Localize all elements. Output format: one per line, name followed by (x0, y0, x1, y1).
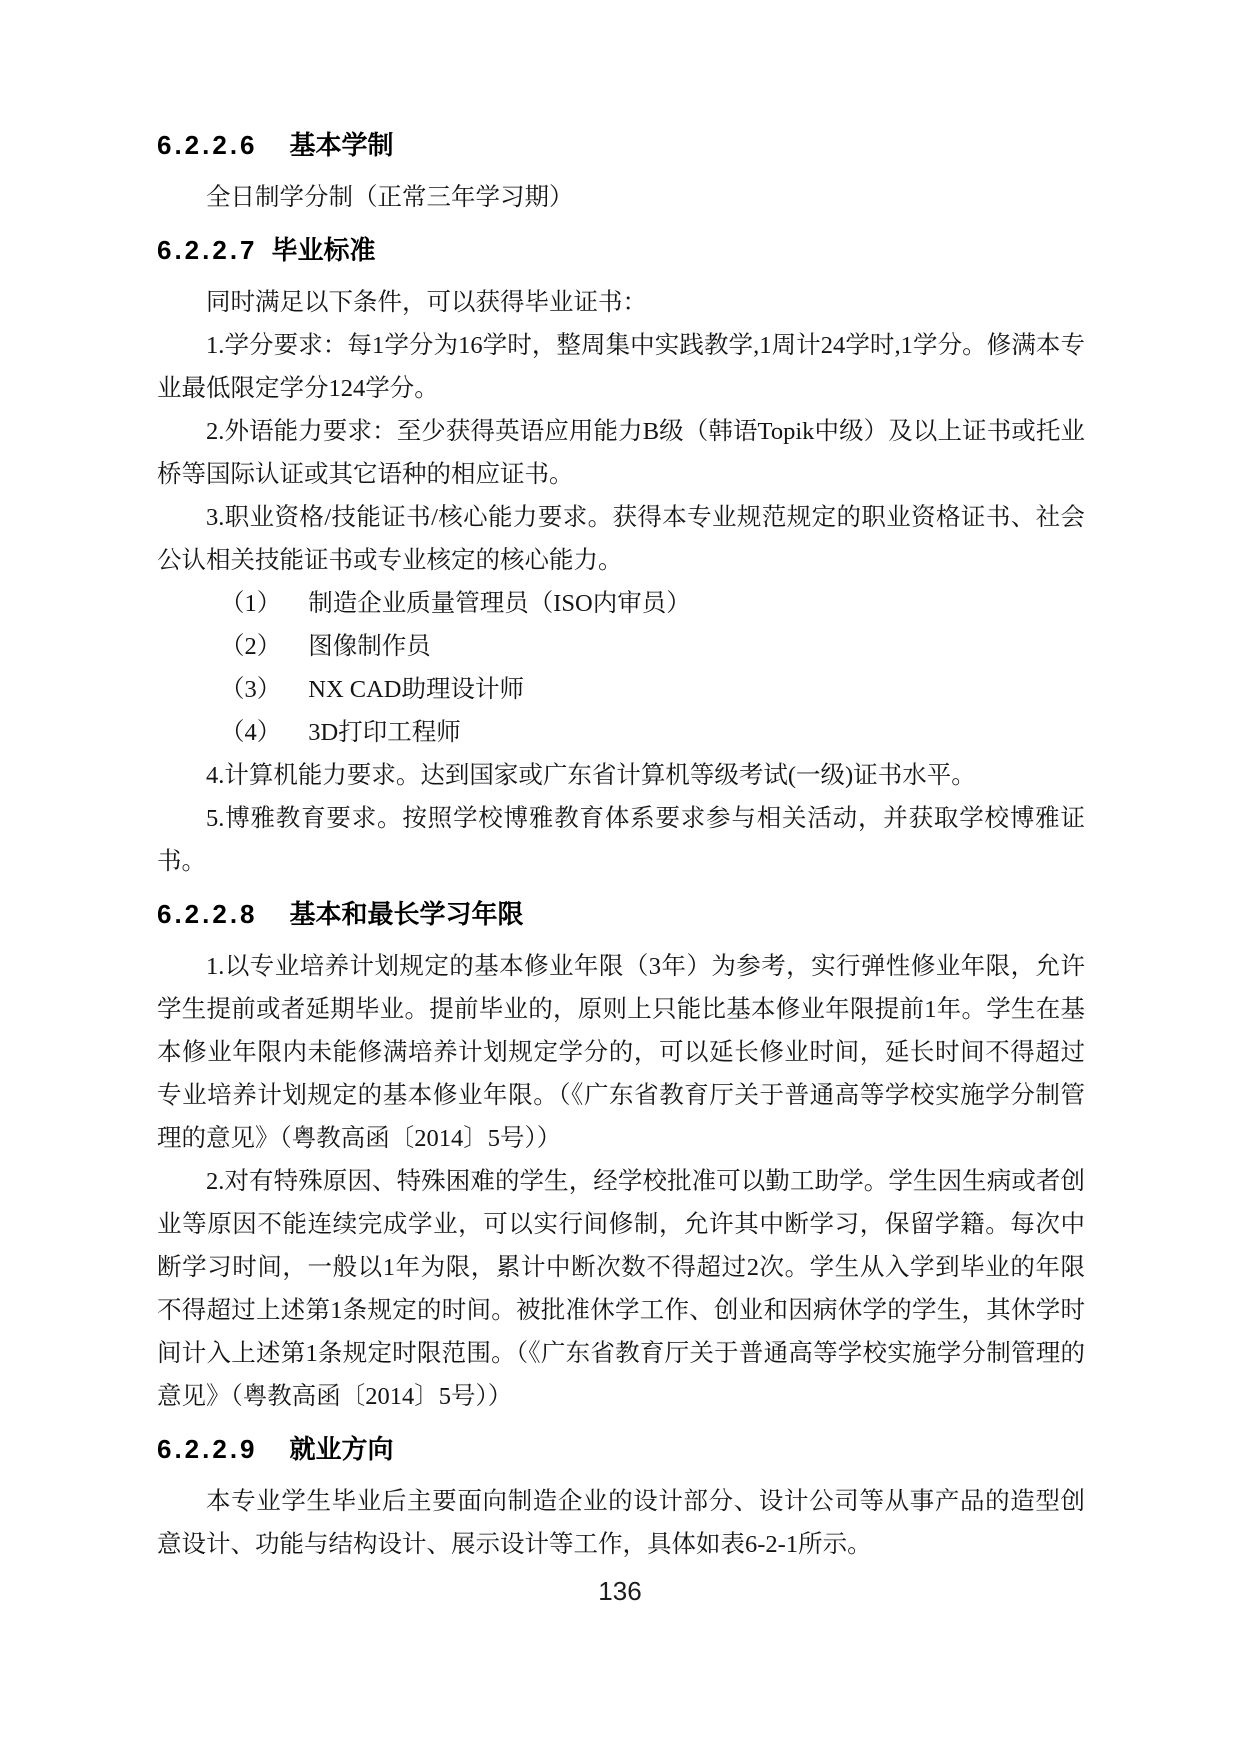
paragraph-requirement-foreign-language: 2.外语能力要求：至少获得英语应用能力B级（韩语Topik中级）及以上证书或托业… (157, 410, 1085, 496)
section-heading-basic-schooling: 6.2.2.6基本学制 (157, 128, 1085, 162)
paragraph-requirement-credits: 1.学分要求：每1学分为16学时，整周集中实践教学,1周计24学时,1学分。修满… (157, 324, 1085, 410)
paragraph-employment: 本专业学生毕业后主要面向制造企业的设计部分、设计公司等从事产品的造型创意设计、功… (157, 1480, 1085, 1566)
paragraph-study-years-item1: 1.以专业培养计划规定的基本修业年限（3年）为参考，实行弹性修业年限，允许学生提… (157, 945, 1085, 1160)
list-item-number: （1） (220, 590, 281, 617)
list-item-number: （3） (220, 676, 281, 703)
section-heading-employment: 6.2.2.9就业方向 (157, 1432, 1085, 1466)
paragraph-graduation-intro: 同时满足以下条件，可以获得毕业证书： (157, 281, 1085, 324)
list-item-text: 3D打印工程师 (308, 719, 460, 746)
section-number: 6.2.2.9 (157, 1434, 258, 1464)
certificate-list-item: （2）图像制作员 (157, 625, 1085, 668)
list-item-text: 图像制作员 (308, 633, 431, 660)
certificate-list-item: （4）3D打印工程师 (157, 711, 1085, 754)
list-item-text: 制造企业质量管理员（ISO内审员） (308, 590, 690, 617)
paragraph-requirement-computer: 4.计算机能力要求。达到国家或广东省计算机等级考试(一级)证书水平。 (157, 754, 1085, 797)
page-number: 136 (0, 1576, 1240, 1607)
paragraph-requirement-vocational: 3.职业资格/技能证书/核心能力要求。获得本专业规范规定的职业资格证书、社会公认… (157, 496, 1085, 582)
section-heading-study-years: 6.2.2.8基本和最长学习年限 (157, 897, 1085, 931)
paragraph-study-years-item2: 2.对有特殊原因、特殊困难的学生，经学校批准可以勤工助学。学生因生病或者创业等原… (157, 1160, 1085, 1418)
section-title: 就业方向 (290, 1434, 394, 1464)
list-item-number: （2） (220, 633, 281, 660)
section-number: 6.2.2.6 (157, 130, 258, 160)
list-item-text: NX CAD助理设计师 (308, 676, 524, 703)
section-title: 毕业标准 (272, 235, 376, 265)
paragraph-requirement-boya: 5.博雅教育要求。按照学校博雅教育体系要求参与相关活动，并获取学校博雅证书。 (157, 797, 1085, 883)
section-number: 6.2.2.7 (157, 235, 258, 265)
section-title: 基本和最长学习年限 (290, 899, 524, 929)
document-content: 6.2.2.6基本学制 全日制学分制（正常三年学习期） 6.2.2.7毕业标准 … (157, 0, 1085, 1566)
document-page: 6.2.2.6基本学制 全日制学分制（正常三年学习期） 6.2.2.7毕业标准 … (0, 0, 1240, 1753)
section-number: 6.2.2.8 (157, 899, 258, 929)
paragraph-schooling-system: 全日制学分制（正常三年学习期） (157, 176, 1085, 219)
certificate-list-item: （3）NX CAD助理设计师 (157, 668, 1085, 711)
section-title: 基本学制 (290, 130, 394, 160)
certificate-list-item: （1）制造企业质量管理员（ISO内审员） (157, 582, 1085, 625)
list-item-number: （4） (220, 719, 281, 746)
section-heading-graduation-standard: 6.2.2.7毕业标准 (157, 233, 1085, 267)
